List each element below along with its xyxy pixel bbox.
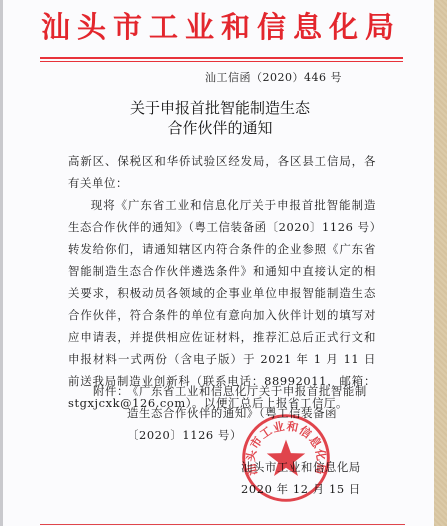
addressee: 高新区、保税区和华侨试验区经发局，各区县工信局，各有关单位：: [68, 150, 376, 194]
letterhead-organization: 汕头市工业和信息化局: [39, 10, 403, 44]
official-seal-icon: 汕头市工业和信息化局: [240, 412, 332, 504]
document-number: 汕工信函（2020）446 号: [205, 69, 342, 85]
document-title-line-2: 合作伙伴的通知: [3, 118, 434, 138]
attachment-label: 附件：: [93, 380, 129, 402]
document-body: 高新区、保税区和华侨试验区经发局，各区县工信局，各有关单位： 现将《广东省工业和…: [68, 150, 376, 414]
letterhead-red-rule: [40, 57, 403, 59]
background-edge: [434, 0, 447, 526]
letterhead-red-rule-thin: [40, 61, 403, 62]
document-page: 汕头市工业和信息化局 汕工信函（2020）446 号 关于申报首批智能制造生态 …: [0, 0, 434, 526]
document-title-line-1: 关于申报首批智能制造生态: [3, 98, 434, 118]
attachment-block: 附件： 《广东省工业和信息化厅关于申报首批智能制造生态合作伙伴的通知》（粤工信装…: [93, 380, 376, 446]
footer-red-rule: [40, 524, 405, 525]
document-title: 关于申报首批智能制造生态 合作伙伴的通知: [3, 98, 434, 138]
